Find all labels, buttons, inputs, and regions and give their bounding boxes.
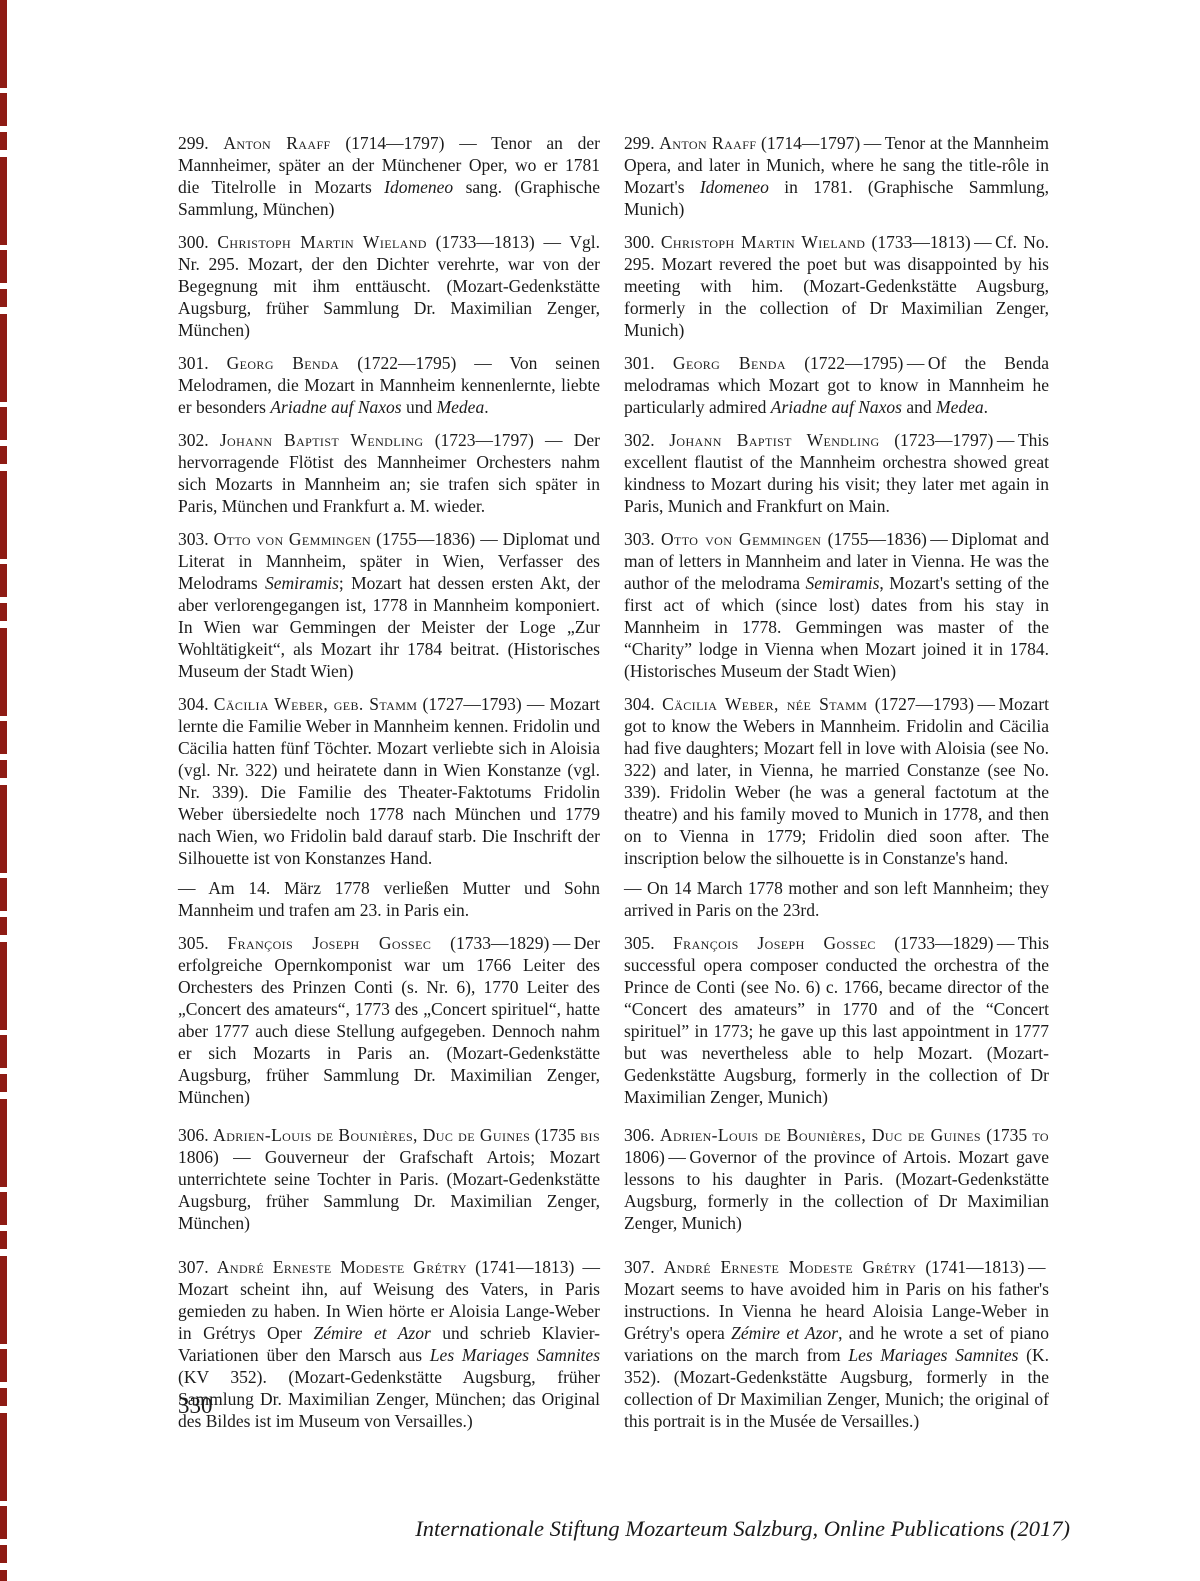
entry-german-307: 307. André Erneste Modeste Grétry (1741—… bbox=[178, 1256, 600, 1432]
person-name: Otto von Gemmingen bbox=[661, 529, 821, 549]
entry-paragraph: 306. Adrien-Louis de Bounières, Duc de G… bbox=[178, 1124, 600, 1234]
entry-paragraph: 300. Christoph Martin Wieland (1733—1813… bbox=[624, 231, 1049, 341]
entry-row-302: 302. Johann Baptist Wendling (1723—1797)… bbox=[178, 429, 1049, 517]
person-name: to bbox=[1032, 1125, 1049, 1145]
publication-credit: Internationale Stiftung Mozarteum Salzbu… bbox=[415, 1515, 1070, 1543]
person-name: Christoph Martin Wieland bbox=[217, 232, 427, 252]
entry-row-305: 305. François Joseph Gossec (1733—1829) … bbox=[178, 932, 1049, 1108]
entry-english-301: 301. Georg Benda (1722—1795) — Of the Be… bbox=[624, 352, 1049, 418]
person-name: Anton Raaff bbox=[223, 133, 330, 153]
entry-german-303: 303. Otto von Gemmingen (1755—1836) — Di… bbox=[178, 528, 600, 682]
entry-paragraph: 304. Cäcilia Weber, geb. Stamm (1727—179… bbox=[178, 693, 600, 869]
entry-paragraph: 304. Cäcilia Weber, née Stamm (1727—1793… bbox=[624, 693, 1049, 869]
entry-paragraph: 301. Georg Benda (1722—1795) — Of the Be… bbox=[624, 352, 1049, 418]
entry-english-299: 299. Anton Raaff (1714—1797) — Tenor at … bbox=[624, 132, 1049, 220]
work-title: Semiramis bbox=[806, 573, 880, 593]
entry-paragraph: 303. Otto von Gemmingen (1755—1836) — Di… bbox=[624, 528, 1049, 682]
work-title: Medea bbox=[437, 397, 485, 417]
work-title: Zémire et Azor bbox=[314, 1323, 431, 1343]
person-name: Cäcilia Weber, née Stamm bbox=[662, 694, 867, 714]
work-title: Semiramis bbox=[265, 573, 339, 593]
entry-german-302: 302. Johann Baptist Wendling (1723—1797)… bbox=[178, 429, 600, 517]
entry-row-303: 303. Otto von Gemmingen (1755—1836) — Di… bbox=[178, 528, 1049, 682]
entry-german-299: 299. Anton Raaff (1714—1797) — Tenor an … bbox=[178, 132, 600, 220]
work-title: Zémire et Azor bbox=[731, 1323, 838, 1343]
person-name: Adrien-Louis de Bounières, Duc de Guines bbox=[660, 1125, 981, 1145]
work-title: Medea bbox=[936, 397, 984, 417]
entry-row-307: 307. André Erneste Modeste Grétry (1741—… bbox=[178, 1256, 1049, 1432]
work-title: Ariadne auf Naxos bbox=[270, 397, 401, 417]
entry-paragraph: 299. Anton Raaff (1714—1797) — Tenor an … bbox=[178, 132, 600, 220]
entry-paragraph: 301. Georg Benda (1722—1795) — Von seine… bbox=[178, 352, 600, 418]
person-name: André Erneste Modeste Grétry bbox=[664, 1257, 917, 1277]
person-name: Johann Baptist Wendling bbox=[669, 430, 879, 450]
entry-paragraph: 305. François Joseph Gossec (1733—1829) … bbox=[178, 932, 600, 1108]
entry-german-301: 301. Georg Benda (1722—1795) — Von seine… bbox=[178, 352, 600, 418]
person-name: Georg Benda bbox=[673, 353, 786, 373]
person-name: Cäcilia Weber, geb. Stamm bbox=[214, 694, 418, 714]
work-title: Ariadne auf Naxos bbox=[771, 397, 902, 417]
work-title: Idomeneo bbox=[700, 177, 769, 197]
entry-paragraph: 306. Adrien-Louis de Bounières, Duc de G… bbox=[624, 1124, 1049, 1234]
entry-english-306: 306. Adrien-Louis de Bounières, Duc de G… bbox=[624, 1124, 1049, 1234]
person-name: François Joseph Gossec bbox=[673, 933, 876, 953]
entry-paragraph: 302. Johann Baptist Wendling (1723—1797)… bbox=[624, 429, 1049, 517]
book-page: 299. Anton Raaff (1714—1797) — Tenor an … bbox=[0, 0, 1200, 1581]
entry-german-305: 305. François Joseph Gossec (1733—1829) … bbox=[178, 932, 600, 1108]
entry-row-300: 300. Christoph Martin Wieland (1733—1813… bbox=[178, 231, 1049, 341]
entry-paragraph: 303. Otto von Gemmingen (1755—1836) — Di… bbox=[178, 528, 600, 682]
entry-paragraph: 307. André Erneste Modeste Grétry (1741—… bbox=[178, 1256, 600, 1432]
work-title: Idomeneo bbox=[384, 177, 453, 197]
entry-paragraph: 299. Anton Raaff (1714—1797) — Tenor at … bbox=[624, 132, 1049, 220]
person-name: Anton Raaff bbox=[659, 133, 756, 153]
entry-english-305: 305. François Joseph Gossec (1733—1829) … bbox=[624, 932, 1049, 1108]
entries-grid: 299. Anton Raaff (1714—1797) — Tenor an … bbox=[178, 132, 1049, 1443]
entry-row-301: 301. Georg Benda (1722—1795) — Von seine… bbox=[178, 352, 1049, 418]
scan-edge-marks bbox=[0, 0, 7, 1581]
work-title: Les Mariages Samnites bbox=[430, 1345, 600, 1365]
entry-paragraph: — Am 14. März 1778 verließen Mutter und … bbox=[178, 877, 600, 921]
entry-english-300: 300. Christoph Martin Wieland (1733—1813… bbox=[624, 231, 1049, 341]
entry-paragraph: 302. Johann Baptist Wendling (1723—1797)… bbox=[178, 429, 600, 517]
entry-row-299: 299. Anton Raaff (1714—1797) — Tenor an … bbox=[178, 132, 1049, 220]
entry-row-306: 306. Adrien-Louis de Bounières, Duc de G… bbox=[178, 1124, 1049, 1234]
person-name: bis bbox=[580, 1125, 600, 1145]
work-title: Les Mariages Samnites bbox=[848, 1345, 1018, 1365]
person-name: André Erneste Modeste Grétry bbox=[217, 1257, 467, 1277]
entry-german-306: 306. Adrien-Louis de Bounières, Duc de G… bbox=[178, 1124, 600, 1234]
person-name: Adrien-Louis de Bounières, Duc de Guines bbox=[213, 1125, 530, 1145]
entry-row-304: 304. Cäcilia Weber, geb. Stamm (1727—179… bbox=[178, 693, 1049, 921]
entry-english-302: 302. Johann Baptist Wendling (1723—1797)… bbox=[624, 429, 1049, 517]
entry-paragraph: 300. Christoph Martin Wieland (1733—1813… bbox=[178, 231, 600, 341]
entry-paragraph: — On 14 March 1778 mother and son left M… bbox=[624, 877, 1049, 921]
page-number: 330 bbox=[178, 1392, 213, 1420]
person-name: Christoph Martin Wieland bbox=[661, 232, 865, 252]
entry-german-300: 300. Christoph Martin Wieland (1733—1813… bbox=[178, 231, 600, 341]
entry-english-304: 304. Cäcilia Weber, née Stamm (1727—1793… bbox=[624, 693, 1049, 921]
entry-paragraph: 307. André Erneste Modeste Grétry (1741—… bbox=[624, 1256, 1049, 1432]
entry-english-303: 303. Otto von Gemmingen (1755—1836) — Di… bbox=[624, 528, 1049, 682]
person-name: Otto von Gemmingen bbox=[214, 529, 372, 549]
person-name: Johann Baptist Wendling bbox=[220, 430, 424, 450]
person-name: François Joseph Gossec bbox=[228, 933, 432, 953]
entry-paragraph: 305. François Joseph Gossec (1733—1829) … bbox=[624, 932, 1049, 1108]
entry-german-304: 304. Cäcilia Weber, geb. Stamm (1727—179… bbox=[178, 693, 600, 921]
person-name: Georg Benda bbox=[227, 353, 340, 373]
entry-english-307: 307. André Erneste Modeste Grétry (1741—… bbox=[624, 1256, 1049, 1432]
